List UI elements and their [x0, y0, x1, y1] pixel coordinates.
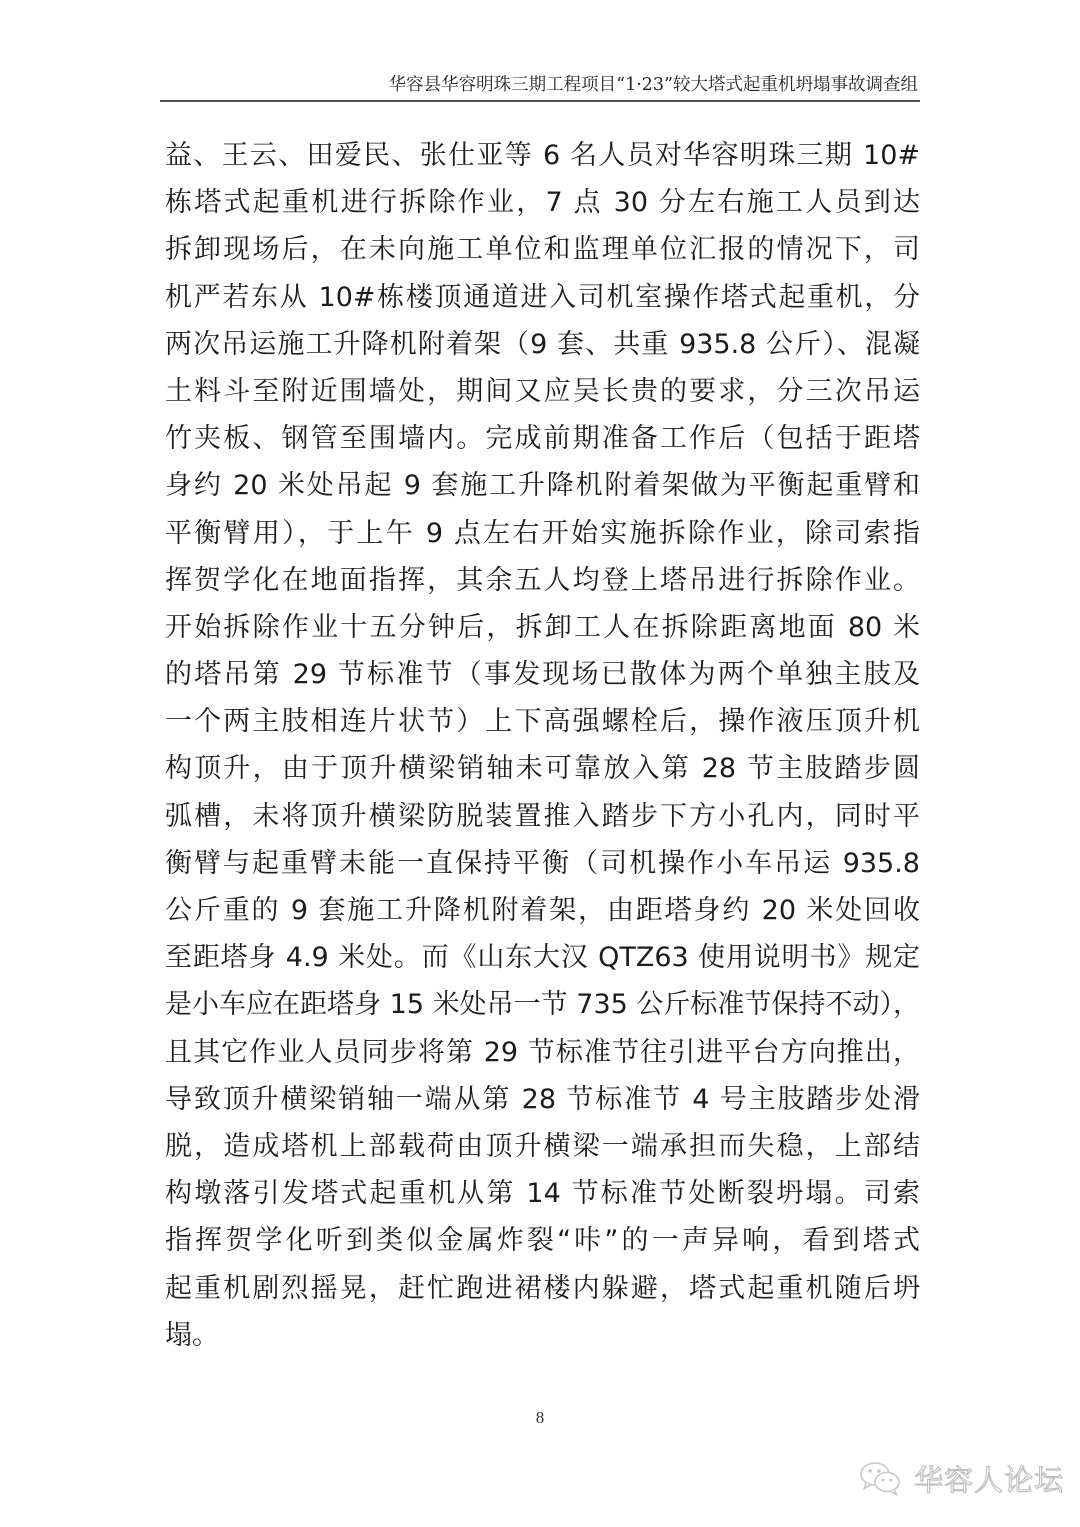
- text-line: 起重机剧烈摇晃，赶忙跑进裙楼内躲避，塔式起重机随后坍: [165, 1265, 920, 1312]
- text-line: 构墩落引发塔式起重机从第 14 节标准节处断裂坍塌。司索: [165, 1170, 920, 1217]
- watermark: 华容人论坛: [858, 1458, 1064, 1498]
- text-line: 益、王云、田爱民、张仕亚等 6 名人员对华容明珠三期 10#: [165, 132, 920, 179]
- text-line: 拆卸现场后，在未向施工单位和监理单位汇报的情况下，司: [165, 226, 920, 273]
- text-line: 指挥贺学化听到类似金属炸裂“咔”的一声异响，看到塔式: [165, 1217, 920, 1264]
- text-line: 构顶升，由于顶升横梁销轴未可靠放入第 28 节主肢踏步圆: [165, 745, 920, 792]
- text-line: 机严若东从 10#栋楼顶通道进入司机室操作塔式起重机，分: [165, 274, 920, 321]
- header-title: 华容县华容明珠三期工程项目“1·23”较大塔式起重机坍塌事故调查组: [389, 74, 920, 96]
- text-line: 导致顶升横梁销轴一端从第 28 节标准节 4 号主肢踏步处滑: [165, 1076, 920, 1123]
- text-line: 的塔吊第 29 节标准节（事发现场已散体为两个单独主肢及: [165, 651, 920, 698]
- text-line: 平衡臂用），于上午 9 点左右开始实施拆除作业，除司索指: [165, 510, 920, 557]
- text-line: 衡臂与起重臂未能一直保持平衡（司机操作小车吊运 935.8: [165, 840, 920, 887]
- text-line: 两次吊运施工升降机附着架（9 套、共重 935.8 公斤）、混凝: [165, 321, 920, 368]
- text-line: 挥贺学化在地面指挥，其余五人均登上塔吊进行拆除作业。: [165, 557, 920, 604]
- text-line: 是小车应在距塔身 15 米处吊一节 735 公斤标准节保持不动），: [165, 981, 920, 1028]
- text-line: 脱，造成塔机上部载荷由顶升横梁一端承担而失稳，上部结: [165, 1123, 920, 1170]
- text-line: 土料斗至附近围墙处，期间又应吴长贵的要求，分三次吊运: [165, 368, 920, 415]
- text-line: 公斤重的 9 套施工升降机附着架，由距塔身约 20 米处回收: [165, 887, 920, 934]
- text-line: 竹夹板、钢管至围墙内。完成前期准备工作后（包括于距塔: [165, 415, 920, 462]
- text-line: 且其它作业人员同步将第 29 节标准节往引进平台方向推出，: [165, 1029, 920, 1076]
- wechat-icon: [858, 1459, 904, 1497]
- text-line: 弧槽，未将顶升横梁防脱装置推入踏步下方小孔内，同时平: [165, 793, 920, 840]
- text-line: 栋塔式起重机进行拆除作业，7 点 30 分左右施工人员到达: [165, 179, 920, 226]
- body-paragraph: 益、王云、田爱民、张仕亚等 6 名人员对华容明珠三期 10# 栋塔式起重机进行拆…: [165, 132, 920, 1359]
- watermark-label: 华容人论坛: [914, 1458, 1064, 1499]
- text-line: 塌。: [165, 1312, 920, 1359]
- page-number: 8: [0, 1408, 1080, 1428]
- text-line: 至距塔身 4.9 米处。而《山东大汉 QTZ63 使用说明书》规定: [165, 934, 920, 981]
- text-line: 一个两主肢相连片状节）上下高强螺栓后，操作液压顶升机: [165, 698, 920, 745]
- running-header: 华容县华容明珠三期工程项目“1·23”较大塔式起重机坍塌事故调查组: [160, 74, 920, 102]
- text-line: 身约 20 米处吊起 9 套施工升降机附着架做为平衡起重臂和: [165, 462, 920, 509]
- text-line: 开始拆除作业十五分钟后，拆卸工人在拆除距离地面 80 米: [165, 604, 920, 651]
